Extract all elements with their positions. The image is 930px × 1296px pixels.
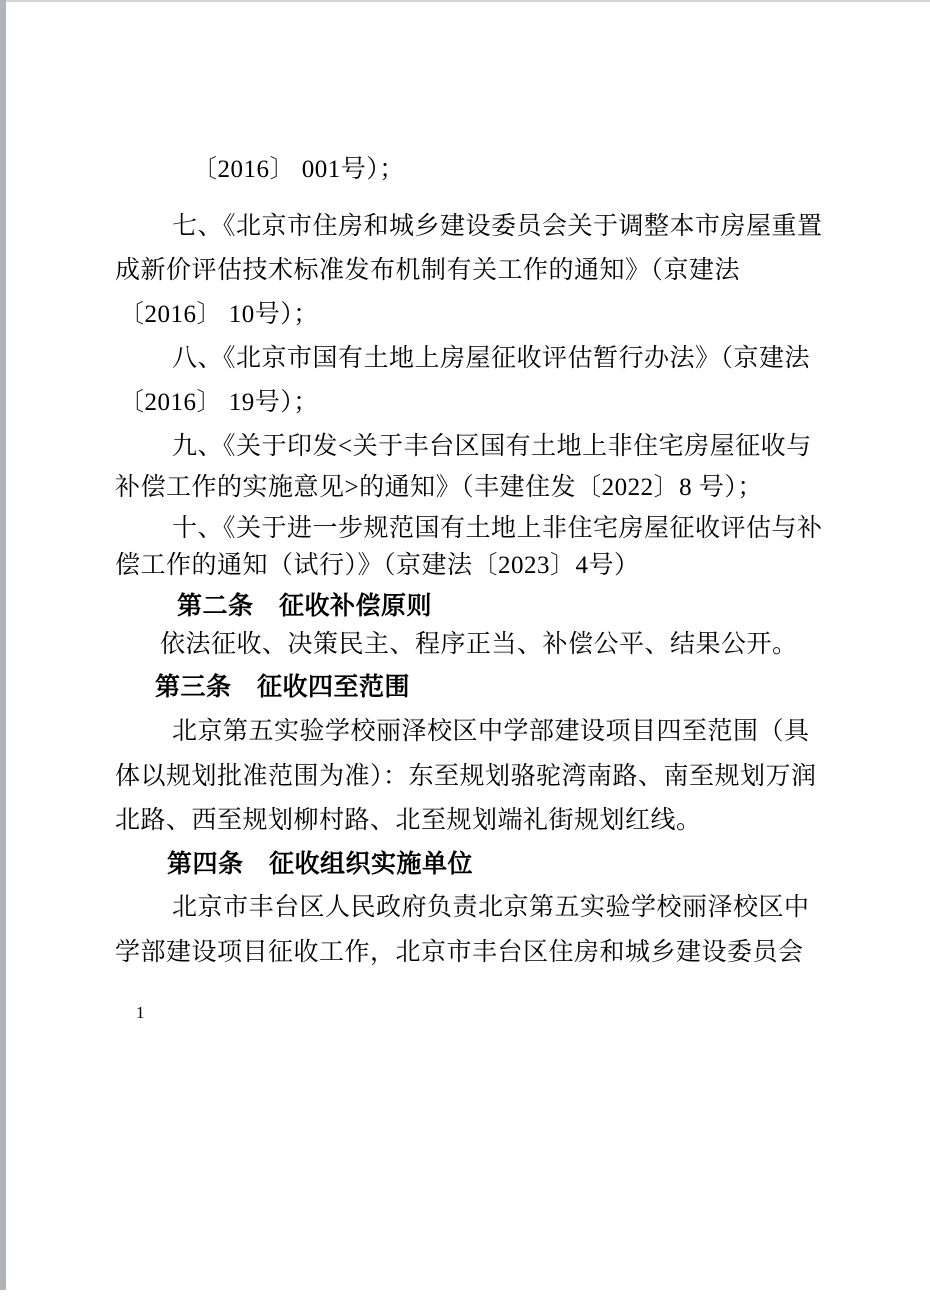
page-top-edge	[0, 0, 930, 2]
heading-article-4: 第四条 征收组织实施单位	[167, 849, 473, 879]
body-line: 成新价评估技术标准发布机制有关工作的通知》（京建法	[115, 256, 740, 286]
body-line: 〔2016〕 001号）；	[192, 155, 405, 185]
heading-article-2: 第二条 征收补偿原则	[177, 591, 432, 621]
body-line: 八、《北京市国有土地上房屋征收评估暂行办法》（京建法	[172, 344, 810, 374]
page-left-edge	[0, 0, 6, 1290]
body-line: 九、《关于印发<关于丰台区国有土地上非住宅房屋征收与	[172, 432, 812, 462]
body-line: 依法征收、决策民主、程序正当、补偿公平、结果公开。	[160, 630, 798, 660]
body-line: 〔2016〕 19号）；	[119, 388, 319, 418]
body-line: 体以规划批准范围为准）：东至规划骆驼湾南路、南至规划万润	[115, 762, 817, 792]
body-line: 北路、西至规划柳村路、北至规划端礼街规划红线。	[115, 806, 702, 836]
page-number: 1	[136, 1003, 145, 1023]
body-line: 十、《关于进一步规范国有土地上非住宅房屋征收评估与补	[172, 514, 823, 544]
body-line: 学部建设项目征收工作，北京市丰台区住房和城乡建设委员会	[115, 938, 804, 968]
body-line: 北京第五实验学校丽泽校区中学部建设项目四至范围（具	[172, 717, 810, 747]
body-line: 补偿工作的实施意见>的通知》（丰建住发〔2022〕8 号）；	[115, 473, 763, 503]
heading-article-3: 第三条 征收四至范围	[155, 672, 410, 702]
body-line: 北京市丰台区人民政府负责北京第五实验学校丽泽校区中	[172, 893, 810, 923]
body-line: 〔2016〕 10号）；	[119, 300, 319, 330]
body-line: 偿工作的通知（试行）》（京建法〔2023〕4号）	[115, 551, 640, 581]
document-page: 〔2016〕 001号）； 七、《北京市住房和城乡建设委员会关于调整本市房屋重置…	[0, 0, 930, 1296]
body-line: 七、《北京市住房和城乡建设委员会关于调整本市房屋重置	[172, 212, 823, 242]
